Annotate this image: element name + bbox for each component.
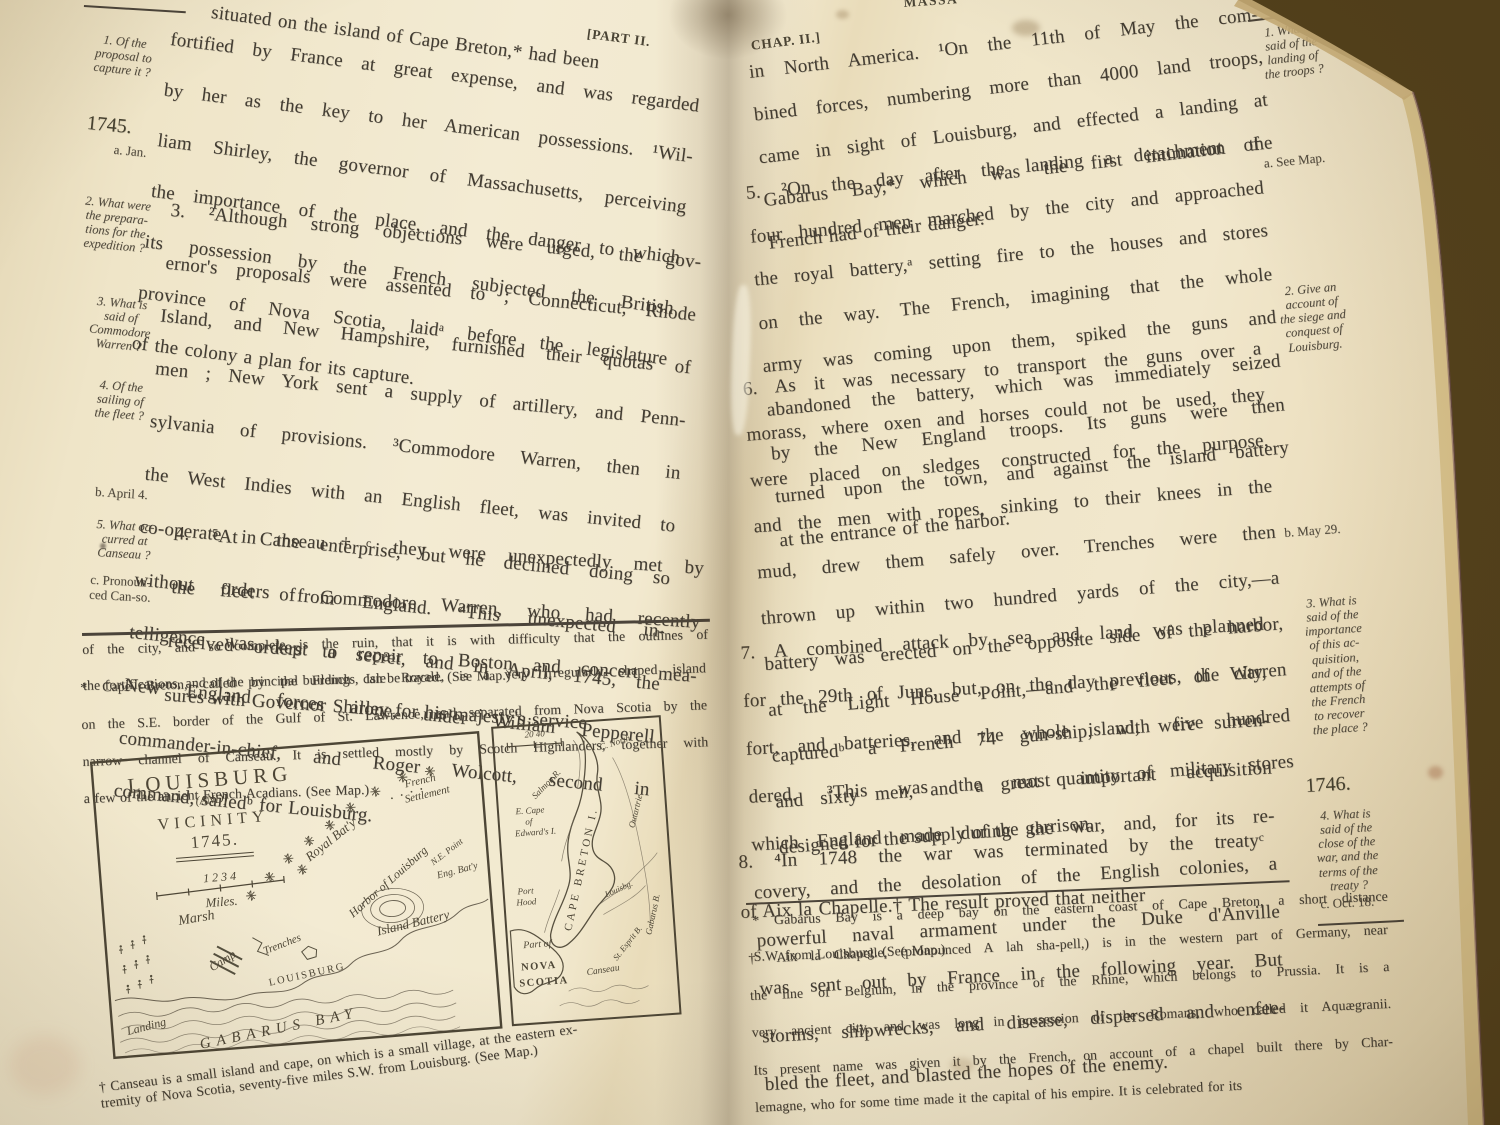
map-water-line [559, 983, 650, 1008]
map-island-outline [536, 730, 619, 948]
map-tree-symbol [246, 890, 257, 901]
left-margin-year-1745: 1745. [86, 112, 133, 139]
map-scale-numbers: 1 2 3 4 [203, 869, 237, 886]
map-cape-breton-inset: 20 40 C. North Salmon R. E. Cape of Edwa… [490, 714, 683, 1027]
map-tree-symbol [345, 802, 356, 813]
map-label-salmon-river: Salmon R. [530, 767, 563, 801]
map-label-port-hood: Port [516, 885, 534, 896]
map-label-gabarus-bay: Gabarus B. [643, 893, 661, 936]
right-margin-year-1746: 1746. [1305, 772, 1351, 797]
map-water-line [612, 756, 650, 927]
map-troops-symbol [122, 965, 127, 974]
right-margin-question-4: 4. What issaid of theclose of thewar, an… [1297, 805, 1397, 895]
map-troops-symbol [142, 935, 147, 944]
right-margin-question-2: 2. Give anaccount ofthe siege andconques… [1263, 278, 1363, 357]
book-photo: [PART II. 1. Of theproposal tocapture it… [0, 0, 1500, 1125]
map-title-line4: 1745. [190, 829, 240, 852]
map-scale-label: Miles. [204, 893, 238, 911]
map-troops-symbol [145, 955, 150, 964]
map-label-port-hood: Hood [515, 896, 537, 907]
map-title-line2: (AND) [195, 791, 228, 807]
map-title-rule [176, 852, 254, 862]
map-label-camp: Camp [206, 947, 238, 974]
map-harbor-contour [379, 900, 406, 918]
map-troops-symbol [134, 960, 139, 969]
map-label-canseau: Canseau [586, 963, 621, 978]
map-label-cape-north: C. North [598, 733, 632, 752]
map-troops-symbol [149, 975, 154, 984]
map-label-english-battery: Eng. Bat'y [435, 860, 480, 881]
map-troops-symbol [137, 980, 142, 989]
map-troops-symbol [119, 945, 124, 954]
map-label-st-esprit: St. Esprit B. [611, 924, 644, 963]
map-tree-symbol [283, 853, 294, 864]
map-label-part-of: Part of [522, 938, 553, 951]
map-tree-symbol [370, 786, 381, 797]
map-label-louisburg-town: LOUISBURG [268, 961, 347, 989]
map-troops-symbol [126, 985, 131, 994]
right-margin-question-1: 1. What issaid of thelanding ofthe troop… [1243, 18, 1341, 85]
map-label-east-cape: of [525, 816, 534, 827]
map-troops-symbol [130, 940, 135, 949]
map-label-cape-breton-island: CAPE BRETON I. [562, 806, 600, 932]
map-scale-bar [507, 738, 561, 751]
map-label-east-cape: Edward's I. [514, 826, 557, 839]
map-scale-numbers: 20 40 [524, 728, 545, 739]
right-footnote-aix-la-chapelle: † Aix la Chapelle, (pronounced A lah sha… [748, 921, 1395, 1117]
map-label-marsh: Marsh [176, 908, 216, 929]
map-label-nova-scotia: SCOTIA [519, 975, 569, 989]
map-label-harbor-of-louisburg: Harbor of Louisburg [345, 843, 430, 921]
map-label-louisburg: Louisbg. [602, 878, 634, 900]
map-label-trenches: Trenches [262, 932, 303, 958]
map-louisburg-and-vicinity: LOUISBURG (AND) VICINITY 1745. 1 2 3 4 M… [88, 729, 504, 1061]
map-label-ne-point: N.E. Point [428, 836, 465, 868]
map-title-line3: VICINITY [157, 808, 269, 834]
map-label-nova-scotia: NOVA [521, 960, 557, 973]
map-label-island-battery: Island Battery [374, 907, 451, 939]
right-margin-question-3: 3. What issaid of theimportanceof this a… [1285, 592, 1387, 739]
map-label-landing: Landing [124, 1015, 167, 1039]
map-label-east-cape: E. Cape [514, 804, 545, 816]
map-tree-symbol [297, 864, 308, 875]
map-water-line [118, 987, 453, 1019]
